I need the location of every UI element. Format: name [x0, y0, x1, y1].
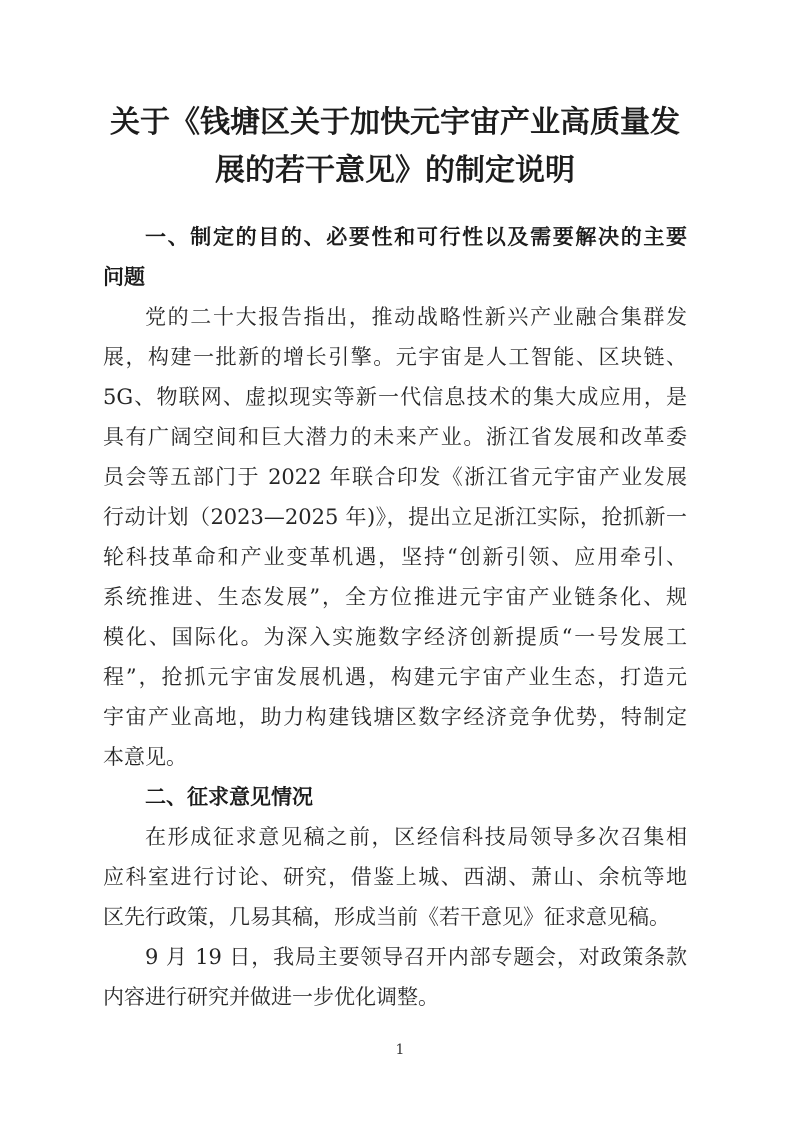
paragraph-line: 本意见。: [103, 737, 687, 777]
paragraph-line: 区先行政策，几易其稿，形成当前《若干意见》征求意见稿。: [103, 897, 687, 937]
paragraph-line: 宇宙产业高地，助力构建钱塘区数字经济竞争优势，特制定: [103, 697, 687, 737]
paragraph-line: 展，构建一批新的增长引擎。元宇宙是人工智能、区块链、: [103, 337, 687, 377]
paragraph-line: 行动计划（2023—2025 年)》，提出立足浙江实际，抢抓新一: [103, 497, 687, 537]
paragraph-line: 党的二十大报告指出，推动战略性新兴产业融合集群发: [103, 297, 687, 337]
section1-heading-line2: 问题: [103, 257, 687, 297]
paragraph-line: 系统推进、生态发展”，全方位推进元宇宙产业链条化、规: [103, 577, 687, 617]
paragraph-line: 员会等五部门于 2022 年联合印发《浙江省元宇宙产业发展: [103, 457, 687, 497]
section2-heading: 二、征求意见情况: [103, 777, 687, 817]
title-line-2: 展的若干意见》的制定说明: [103, 147, 687, 195]
paragraph-line: 应科室进行讨论、研究，借鉴上城、西湖、萧山、余杭等地: [103, 857, 687, 897]
document-page: 关于《钱塘区关于加快元宇宙产业高质量发 展的若干意见》的制定说明 一、制定的目的…: [0, 0, 800, 1131]
paragraph-line: 轮科技革命和产业变革机遇，坚持“创新引领、应用牵引、: [103, 537, 687, 577]
paragraph-line: 9 月 19 日，我局主要领导召开内部专题会，对政策条款: [103, 937, 687, 977]
document-body: 一、制定的目的、必要性和可行性以及需要解决的主要 问题 党的二十大报告指出，推动…: [103, 217, 687, 1017]
paragraph-line: 5G、物联网、虚拟现实等新一代信息技术的集大成应用，是: [103, 377, 687, 417]
paragraph-line: 模化、国际化。为深入实施数字经济创新提质“一号发展工: [103, 617, 687, 657]
title-line-1: 关于《钱塘区关于加快元宇宙产业高质量发: [103, 99, 687, 147]
paragraph-line: 内容进行研究并做进一步优化调整。: [103, 977, 687, 1017]
page-footer: 1: [0, 1040, 800, 1060]
section1-heading-line1: 一、制定的目的、必要性和可行性以及需要解决的主要: [103, 217, 687, 257]
paragraph-line: 在形成征求意见稿之前，区经信科技局领导多次召集相: [103, 817, 687, 857]
paragraph-line: 程”，抢抓元宇宙发展机遇，构建元宇宙产业生态，打造元: [103, 657, 687, 697]
document-title: 关于《钱塘区关于加快元宇宙产业高质量发 展的若干意见》的制定说明: [103, 99, 687, 195]
page-number: 1: [396, 1042, 405, 1058]
paragraph-line: 具有广阔空间和巨大潜力的未来产业。浙江省发展和改革委: [103, 417, 687, 457]
